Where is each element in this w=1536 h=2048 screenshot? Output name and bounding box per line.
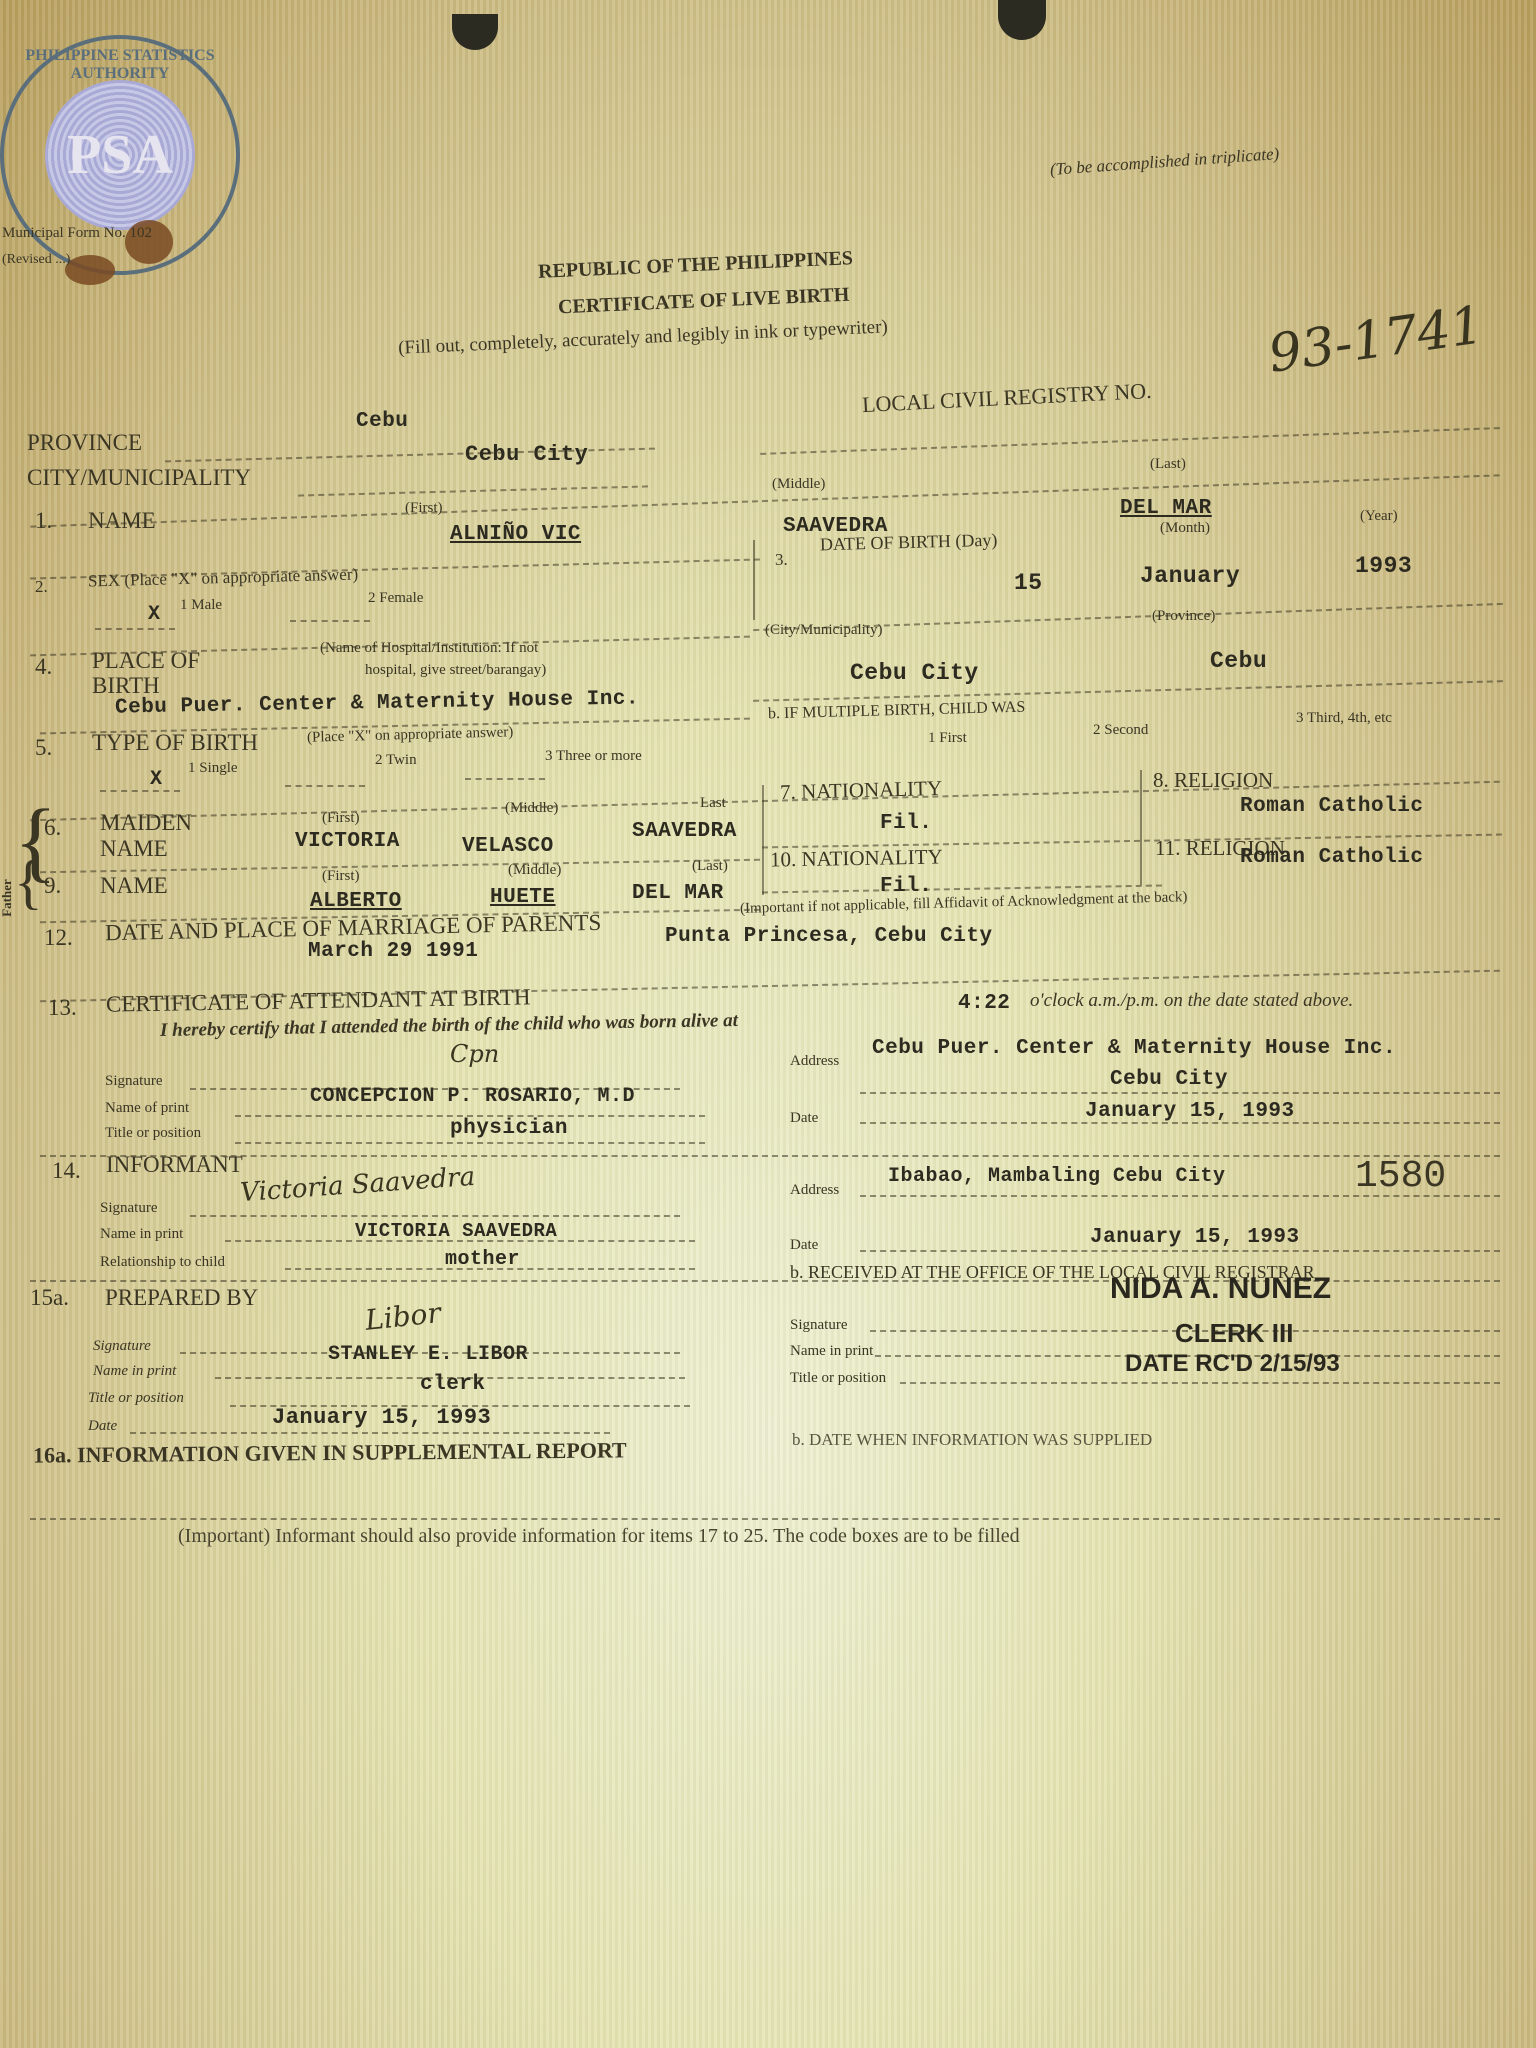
sex-female-option: 2 Female xyxy=(368,590,423,607)
stain xyxy=(65,255,115,285)
item6-number: 6. xyxy=(44,815,61,841)
city-field-line xyxy=(298,485,648,496)
city-value: Cebu City xyxy=(465,442,588,467)
item1-label: NAME xyxy=(88,508,156,534)
received-signature-label: Signature xyxy=(790,1317,848,1334)
father-middle-name: HUETE xyxy=(490,886,556,909)
attendant-signature: Cpn xyxy=(450,1040,499,1068)
page-title: CERTIFICATE OF LIVE BIRTH xyxy=(558,284,850,320)
informant-name-line xyxy=(225,1240,695,1242)
middle-label: (Middle) xyxy=(772,476,825,493)
mother-religion: Roman Catholic xyxy=(1240,795,1423,818)
received-title-line xyxy=(900,1382,1500,1384)
single-birth-mark[interactable]: X xyxy=(150,768,163,791)
prepared-by-label: PREPARED BY xyxy=(105,1285,258,1311)
preparer-name-label: Name in print xyxy=(93,1363,176,1380)
preparer-date-line xyxy=(130,1432,610,1434)
attendant-address-1: Cebu Puer. Center & Maternity House Inc. xyxy=(872,1037,1396,1060)
birth-time: 4:22 xyxy=(958,992,1010,1015)
informant-address-code: 1580 xyxy=(1355,1155,1446,1198)
seal-ring-text: PHILIPPINE STATISTICS AUTHORITY xyxy=(4,47,236,83)
nationality-box-left xyxy=(762,785,764,895)
place-label-1: PLACE OF xyxy=(92,648,200,674)
punch-hole-right xyxy=(998,0,1046,40)
informant-name: VICTORIA SAAVEDRA xyxy=(355,1220,557,1242)
first-label: (First) xyxy=(405,500,443,517)
type-of-birth-label: TYPE OF BIRTH xyxy=(92,730,258,756)
registry-number: 93-1741 xyxy=(1265,295,1487,384)
informant-date-label: Date xyxy=(790,1237,818,1254)
item15a-number: 15a. xyxy=(30,1285,69,1311)
item2-number: 2. xyxy=(35,577,48,597)
registrar-stamp-date: DATE RC'D 2/15/93 xyxy=(1125,1350,1340,1378)
twin-option: 2 Twin xyxy=(375,752,417,769)
sex-label: SEX (Place "X" on appropriate answer) xyxy=(88,564,359,591)
dob-month: January xyxy=(1140,563,1240,589)
attendant-title: physician xyxy=(450,1117,568,1140)
preparer-date-label: Date xyxy=(88,1418,117,1435)
preparer-title: clerk xyxy=(420,1373,486,1396)
province-label: PROVINCE xyxy=(27,430,142,456)
multiple-second-option: 2 Second xyxy=(1093,722,1148,739)
divider xyxy=(30,1518,1500,1520)
attendant-name-label: Name of print xyxy=(105,1100,189,1117)
last-label: (Last) xyxy=(1150,456,1186,473)
maiden-label-2: NAME xyxy=(100,836,168,862)
mother-middle-label: (Middle) xyxy=(505,800,558,817)
religion-box-left xyxy=(1140,770,1142,885)
received-name-label: Name in print xyxy=(790,1343,873,1360)
form-revised: (Revised ...) xyxy=(2,252,70,268)
psa-logo-icon: PSA xyxy=(45,80,195,230)
city-label: CITY/MUNICIPALITY xyxy=(27,465,251,491)
dob-box-left xyxy=(753,540,755,620)
informant-date-line xyxy=(860,1250,1500,1252)
attendant-date-label: Date xyxy=(790,1110,818,1127)
province-value: Cebu xyxy=(356,410,408,433)
registrar-stamp-title: CLERK III xyxy=(1175,1318,1293,1349)
informant-signature: Victoria Saavedra xyxy=(239,1162,476,1208)
father-first-label: (First) xyxy=(322,868,360,885)
header-republic: REPUBLIC OF THE PHILIPPINES xyxy=(538,247,854,284)
father-middle-label: (Middle) xyxy=(508,862,561,879)
place-hint-1: (Name of Hospital/Institution: If not xyxy=(320,640,538,657)
time-suffix: o'clock a.m./p.m. on the date stated abo… xyxy=(1030,990,1353,1012)
item8-religion-label: 8. RELIGION xyxy=(1153,768,1273,793)
multiple-third-option: 3 Third, 4th, etc xyxy=(1296,710,1392,727)
relationship-line xyxy=(285,1268,695,1270)
informant-label: INFORMANT xyxy=(106,1152,243,1178)
received-title-label: Title or position xyxy=(790,1370,886,1387)
dob-label: DATE OF BIRTH (Day) xyxy=(820,530,998,556)
preparer-title-label: Title or position xyxy=(88,1390,184,1407)
attendant-label: CERTIFICATE OF ATTENDANT AT BIRTH xyxy=(106,984,531,1017)
three-or-more-option: 3 Three or more xyxy=(545,748,642,765)
item5-number: 5. xyxy=(35,735,52,761)
child-nationality-10: Fil. xyxy=(880,875,932,898)
attendant-title-line xyxy=(235,1142,705,1144)
father-last-label: (Last) xyxy=(692,858,728,875)
place-of-birth-value: Cebu Puer. Center & Maternity House Inc. xyxy=(115,687,639,719)
item10-nationality-label: 10. NATIONALITY xyxy=(770,844,943,872)
preparer-date: January 15, 1993 xyxy=(272,1405,491,1430)
triplicate-note: (To be accomplished in triplicate) xyxy=(1049,144,1280,180)
divider xyxy=(760,427,1500,455)
mother-last-name: SAAVEDRA xyxy=(632,820,737,843)
registrar-stamp-name: NIDA A. NUNEZ xyxy=(1110,1272,1331,1306)
marriage-place: Punta Princesa, Cebu City xyxy=(665,925,993,948)
mother-middle-name: VELASCO xyxy=(462,835,554,858)
mother-last-label: Last xyxy=(700,795,726,812)
sex-male-checkbox-line xyxy=(95,628,175,630)
item13-number: 13. xyxy=(48,995,77,1021)
attendant-title-label: Title or position xyxy=(105,1125,201,1142)
child-first-name: ALNIÑO VIC xyxy=(450,523,581,546)
attendant-signature-label: Signature xyxy=(105,1073,163,1090)
preparer-signature-label: Signature xyxy=(93,1338,151,1355)
father-name-label: NAME xyxy=(100,873,168,899)
preparer-signature: Libor xyxy=(363,1296,442,1337)
informant-address-line xyxy=(860,1195,1500,1197)
father-brace: { xyxy=(14,848,43,917)
mother-first-label: (First) xyxy=(322,810,360,827)
birth-province-value: Cebu xyxy=(1210,648,1267,674)
dob-day: 15 xyxy=(1014,570,1043,596)
item4-number: 4. xyxy=(35,654,52,680)
relationship-label: Relationship to child xyxy=(100,1254,225,1271)
birth-province-label: (Province) xyxy=(1152,608,1215,625)
item14-number: 14. xyxy=(52,1158,81,1184)
item12-number: 12. xyxy=(44,925,73,951)
attendant-address-label: Address xyxy=(790,1053,839,1070)
form-number: Municipal Form No. 102 xyxy=(2,225,152,242)
informant-date: January 15, 1993 xyxy=(1090,1226,1300,1249)
month-label: (Month) xyxy=(1160,520,1210,537)
marriage-date: March 29 1991 xyxy=(308,940,478,963)
three-checkbox-line xyxy=(465,778,545,780)
city-municipality-label: (City/Municipality) xyxy=(765,622,883,639)
item3-number: 3. xyxy=(775,550,788,570)
child-nationality-7: Fil. xyxy=(880,812,932,835)
supplemental-report-label: 16a. INFORMATION GIVEN IN SUPPLEMENTAL R… xyxy=(33,1437,627,1468)
item9-number: 9. xyxy=(44,873,61,899)
father-first-name: ALBERTO xyxy=(310,890,402,913)
marriage-note: (Important if not applicable, fill Affid… xyxy=(740,889,1188,918)
punch-hole-left xyxy=(452,14,498,50)
child-last-name: DEL MAR xyxy=(1120,497,1212,520)
year-label: (Year) xyxy=(1360,508,1398,525)
side-label-father: Father xyxy=(0,879,15,917)
informant-name-label: Name in print xyxy=(100,1226,183,1243)
attendant-name: CONCEPCION P. ROSARIO, M.D xyxy=(310,1085,635,1108)
father-religion: Roman Catholic xyxy=(1240,846,1423,869)
header-instructions: (Fill out, completely, accurately and le… xyxy=(398,316,888,359)
sex-male-option: 1 Male xyxy=(180,597,222,614)
attendant-address-line xyxy=(860,1092,1500,1094)
date-supplied-label: b. DATE WHEN INFORMATION WAS SUPPLIED xyxy=(792,1430,1152,1450)
dob-year: 1993 xyxy=(1355,553,1412,579)
informant-signature-label: Signature xyxy=(100,1200,158,1217)
multiple-first-option: 1 First xyxy=(928,730,967,747)
sex-female-checkbox-line xyxy=(290,620,370,622)
place-hint-2: hospital, give street/barangay) xyxy=(365,662,546,679)
informant-address: Ibabao, Mambaling Cebu City xyxy=(888,1165,1226,1188)
twin-checkbox-line xyxy=(285,785,365,787)
item7-nationality-label: 7. NATIONALITY xyxy=(780,776,943,805)
father-last-name: DEL MAR xyxy=(632,882,724,905)
mother-first-name: VICTORIA xyxy=(295,830,400,853)
birth-city-value: Cebu City xyxy=(850,660,979,686)
informant-signature-line xyxy=(190,1215,680,1217)
single-checkbox-line xyxy=(100,790,180,792)
item1-number: 1. xyxy=(35,508,52,534)
sex-male-mark[interactable]: X xyxy=(148,603,161,626)
maiden-label-1: MAIDEN xyxy=(100,810,192,836)
attendant-date: January 15, 1993 xyxy=(1085,1100,1295,1123)
footer-note: (Important) Informant should also provid… xyxy=(178,1525,1020,1548)
informant-address-label: Address xyxy=(790,1182,839,1199)
divider xyxy=(40,1155,1500,1157)
attendant-date-line xyxy=(860,1122,1500,1124)
preparer-name: STANLEY E. LIBOR xyxy=(328,1343,528,1366)
single-option: 1 Single xyxy=(188,760,238,777)
attendant-address-2: Cebu City xyxy=(1110,1068,1228,1091)
registry-label: LOCAL CIVIL REGISTRY NO. xyxy=(862,378,1153,418)
multiple-birth-label: b. IF MULTIPLE BIRTH, CHILD WAS xyxy=(768,699,1026,724)
